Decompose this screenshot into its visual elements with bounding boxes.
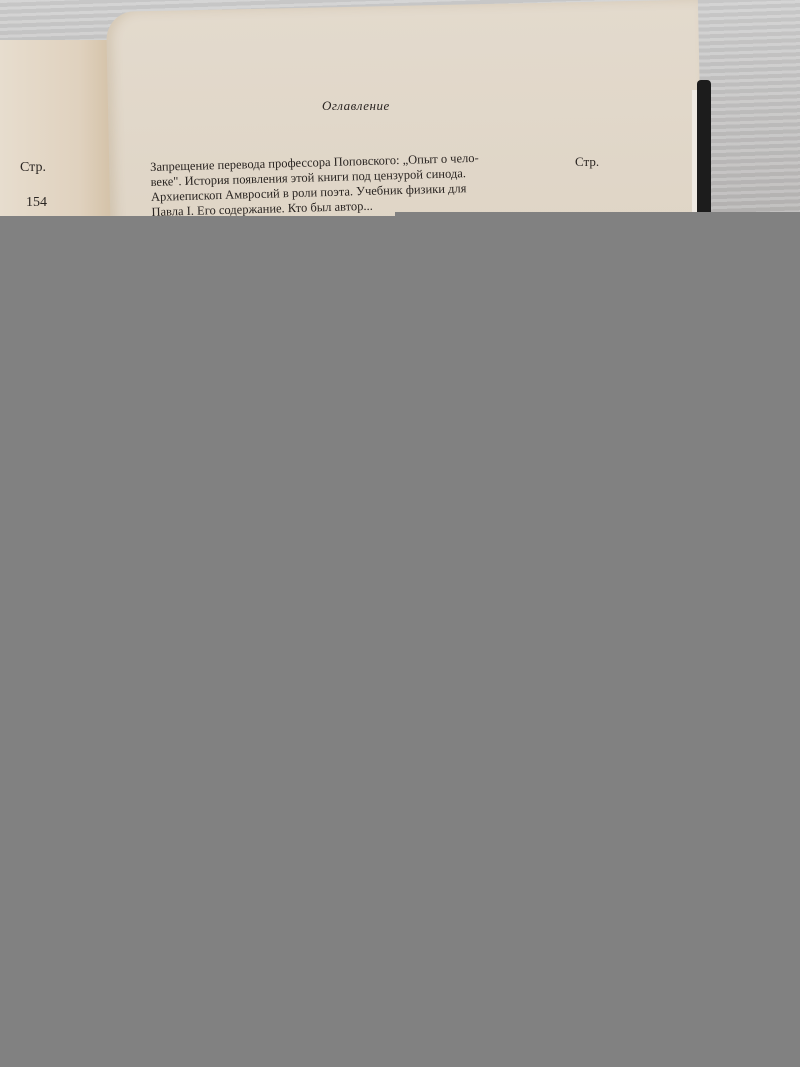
left-page — [0, 40, 112, 222]
left-page-column-label: Стр. — [20, 160, 46, 176]
book-photo: Стр. 154 Оглавление Стр. Запрещение пере… — [0, 0, 800, 222]
toc-entry: Запрещение перевода профессора Поповског… — [150, 149, 562, 220]
page-heading: Оглавление — [322, 98, 390, 114]
page-column-label: Стр. — [575, 154, 599, 170]
left-page-number: 154 — [26, 195, 47, 211]
book-cover-edge — [697, 80, 711, 222]
gray-fill-area — [0, 216, 800, 1067]
